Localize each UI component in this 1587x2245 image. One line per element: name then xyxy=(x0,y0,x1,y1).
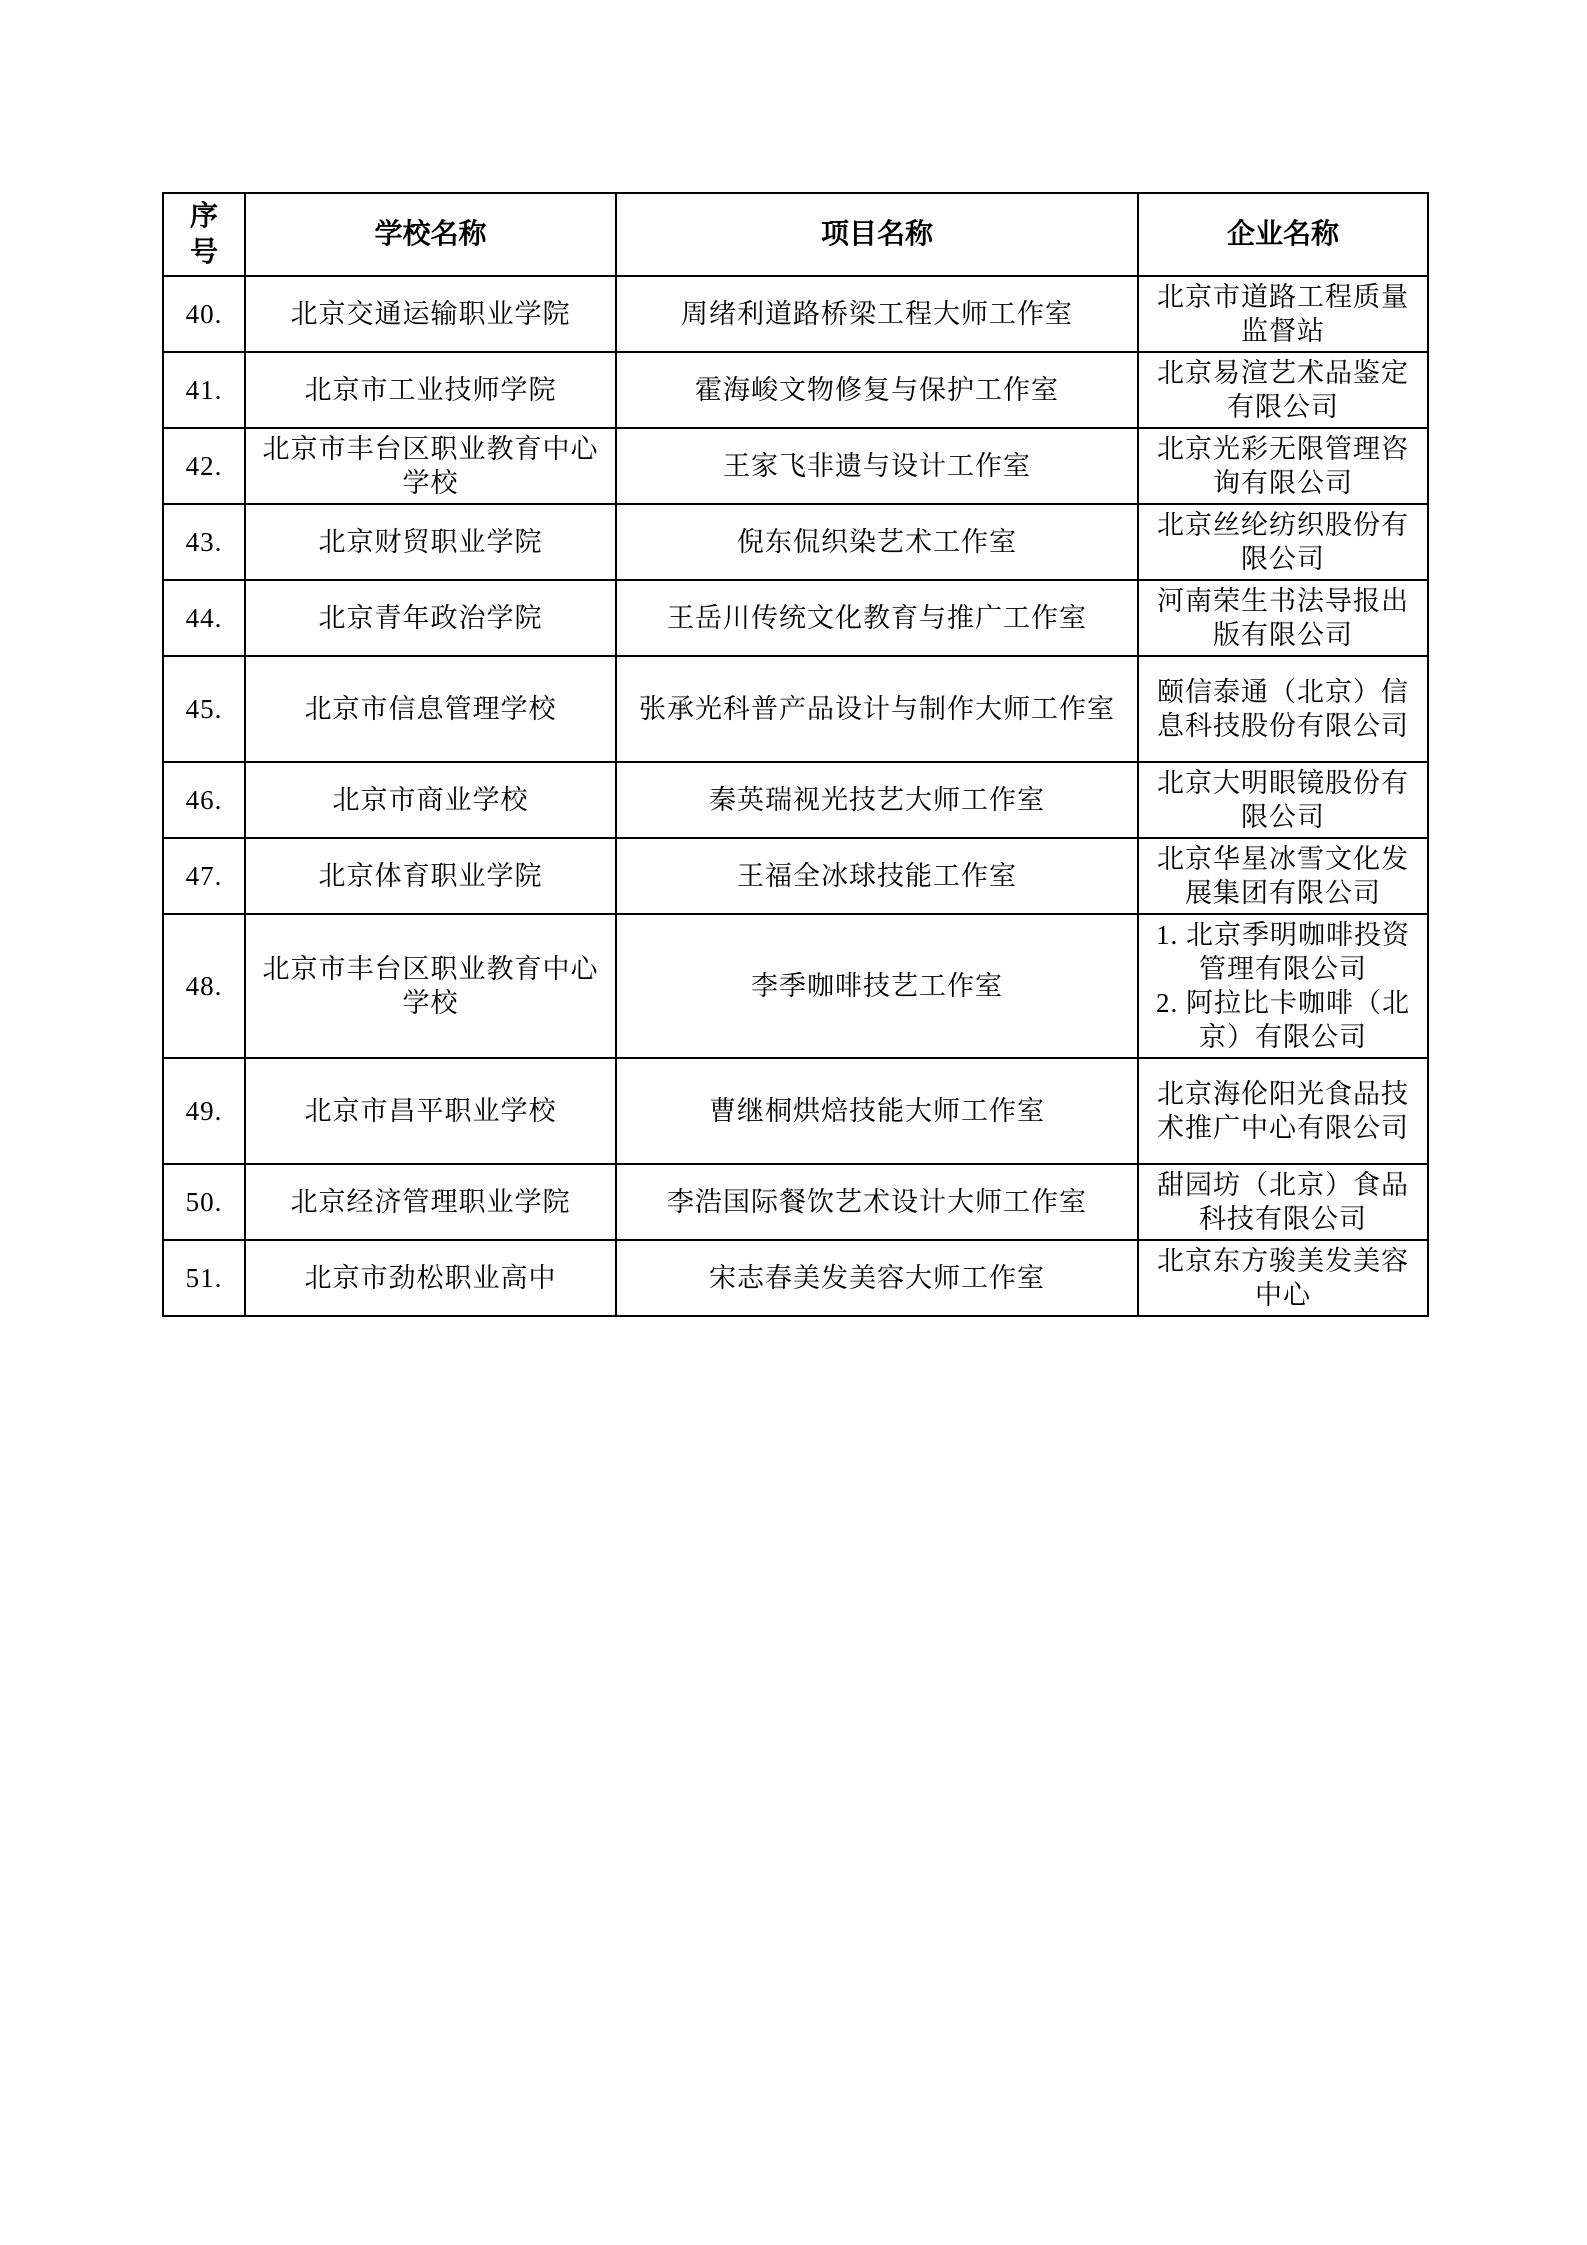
cell-school: 北京市商业学校 xyxy=(245,762,616,838)
table-row: 40. 北京交通运输职业学院 周绪利道路桥梁工程大师工作室 北京市道路工程质量监… xyxy=(163,276,1428,352)
cell-no: 46. xyxy=(163,762,245,838)
table-row: 46. 北京市商业学校 秦英瑞视光技艺大师工作室 北京大明眼镜股份有限公司 xyxy=(163,762,1428,838)
table-row: 42. 北京市丰台区职业教育中心学校 王家飞非遗与设计工作室 北京光彩无限管理咨… xyxy=(163,428,1428,504)
cell-enterprise: 北京丝纶纺织股份有限公司 xyxy=(1138,504,1428,580)
cell-enterprise: 北京易渲艺术品鉴定有限公司 xyxy=(1138,352,1428,428)
cell-no: 45. xyxy=(163,656,245,762)
cell-school: 北京市丰台区职业教育中心学校 xyxy=(245,914,616,1058)
table-row: 48. 北京市丰台区职业教育中心学校 李季咖啡技艺工作室 1. 北京季明咖啡投资… xyxy=(163,914,1428,1058)
cell-enterprise: 甜园坊（北京）食品科技有限公司 xyxy=(1138,1164,1428,1240)
cell-project: 王岳川传统文化教育与推广工作室 xyxy=(616,580,1138,656)
cell-no: 48. xyxy=(163,914,245,1058)
cell-school: 北京体育职业学院 xyxy=(245,838,616,914)
cell-no: 42. xyxy=(163,428,245,504)
cell-school: 北京财贸职业学院 xyxy=(245,504,616,580)
cell-project: 李浩国际餐饮艺术设计大师工作室 xyxy=(616,1164,1138,1240)
cell-enterprise: 北京光彩无限管理咨询有限公司 xyxy=(1138,428,1428,504)
cell-no: 44. xyxy=(163,580,245,656)
cell-school: 北京市劲松职业高中 xyxy=(245,1240,616,1316)
table-row: 41. 北京市工业技师学院 霍海峻文物修复与保护工作室 北京易渲艺术品鉴定有限公… xyxy=(163,352,1428,428)
cell-project: 秦英瑞视光技艺大师工作室 xyxy=(616,762,1138,838)
cell-school: 北京市昌平职业学校 xyxy=(245,1058,616,1164)
cell-school: 北京市工业技师学院 xyxy=(245,352,616,428)
header-no: 序号 xyxy=(163,193,245,276)
cell-no: 49. xyxy=(163,1058,245,1164)
cell-project: 李季咖啡技艺工作室 xyxy=(616,914,1138,1058)
cell-no: 51. xyxy=(163,1240,245,1316)
header-enterprise: 企业名称 xyxy=(1138,193,1428,276)
cell-project: 倪东侃织染艺术工作室 xyxy=(616,504,1138,580)
table-row: 50. 北京经济管理职业学院 李浩国际餐饮艺术设计大师工作室 甜园坊（北京）食品… xyxy=(163,1164,1428,1240)
header-project: 项目名称 xyxy=(616,193,1138,276)
cell-project: 曹继桐烘焙技能大师工作室 xyxy=(616,1058,1138,1164)
table-header-row: 序号 学校名称 项目名称 企业名称 xyxy=(163,193,1428,276)
master-studio-table: 序号 学校名称 项目名称 企业名称 40. 北京交通运输职业学院 周绪利道路桥梁… xyxy=(162,192,1429,1317)
table-row: 44. 北京青年政治学院 王岳川传统文化教育与推广工作室 河南荣生书法导报出版有… xyxy=(163,580,1428,656)
cell-enterprise: 1. 北京季明咖啡投资管理有限公司 2. 阿拉比卡咖啡（北京）有限公司 xyxy=(1138,914,1428,1058)
cell-enterprise: 北京市道路工程质量监督站 xyxy=(1138,276,1428,352)
cell-enterprise: 颐信泰通（北京）信息科技股份有限公司 xyxy=(1138,656,1428,762)
cell-no: 47. xyxy=(163,838,245,914)
cell-project: 王家飞非遗与设计工作室 xyxy=(616,428,1138,504)
cell-enterprise: 河南荣生书法导报出版有限公司 xyxy=(1138,580,1428,656)
cell-school: 北京市丰台区职业教育中心学校 xyxy=(245,428,616,504)
cell-project: 霍海峻文物修复与保护工作室 xyxy=(616,352,1138,428)
header-no-label: 序号 xyxy=(189,199,220,271)
cell-no: 41. xyxy=(163,352,245,428)
cell-enterprise: 北京华星冰雪文化发展集团有限公司 xyxy=(1138,838,1428,914)
header-school: 学校名称 xyxy=(245,193,616,276)
cell-no: 50. xyxy=(163,1164,245,1240)
cell-school: 北京市信息管理学校 xyxy=(245,656,616,762)
cell-enterprise: 北京海伦阳光食品技术推广中心有限公司 xyxy=(1138,1058,1428,1164)
table-row: 43. 北京财贸职业学院 倪东侃织染艺术工作室 北京丝纶纺织股份有限公司 xyxy=(163,504,1428,580)
table-row: 49. 北京市昌平职业学校 曹继桐烘焙技能大师工作室 北京海伦阳光食品技术推广中… xyxy=(163,1058,1428,1164)
cell-no: 40. xyxy=(163,276,245,352)
cell-project: 周绪利道路桥梁工程大师工作室 xyxy=(616,276,1138,352)
cell-school: 北京青年政治学院 xyxy=(245,580,616,656)
cell-project: 王福全冰球技能工作室 xyxy=(616,838,1138,914)
document-page: 序号 学校名称 项目名称 企业名称 40. 北京交通运输职业学院 周绪利道路桥梁… xyxy=(0,0,1587,2245)
table-row: 45. 北京市信息管理学校 张承光科普产品设计与制作大师工作室 颐信泰通（北京）… xyxy=(163,656,1428,762)
cell-project: 张承光科普产品设计与制作大师工作室 xyxy=(616,656,1138,762)
cell-enterprise: 北京东方骏美发美容中心 xyxy=(1138,1240,1428,1316)
cell-no: 43. xyxy=(163,504,245,580)
cell-school: 北京交通运输职业学院 xyxy=(245,276,616,352)
table-row: 47. 北京体育职业学院 王福全冰球技能工作室 北京华星冰雪文化发展集团有限公司 xyxy=(163,838,1428,914)
cell-project: 宋志春美发美容大师工作室 xyxy=(616,1240,1138,1316)
cell-school: 北京经济管理职业学院 xyxy=(245,1164,616,1240)
table-row: 51. 北京市劲松职业高中 宋志春美发美容大师工作室 北京东方骏美发美容中心 xyxy=(163,1240,1428,1316)
cell-enterprise: 北京大明眼镜股份有限公司 xyxy=(1138,762,1428,838)
